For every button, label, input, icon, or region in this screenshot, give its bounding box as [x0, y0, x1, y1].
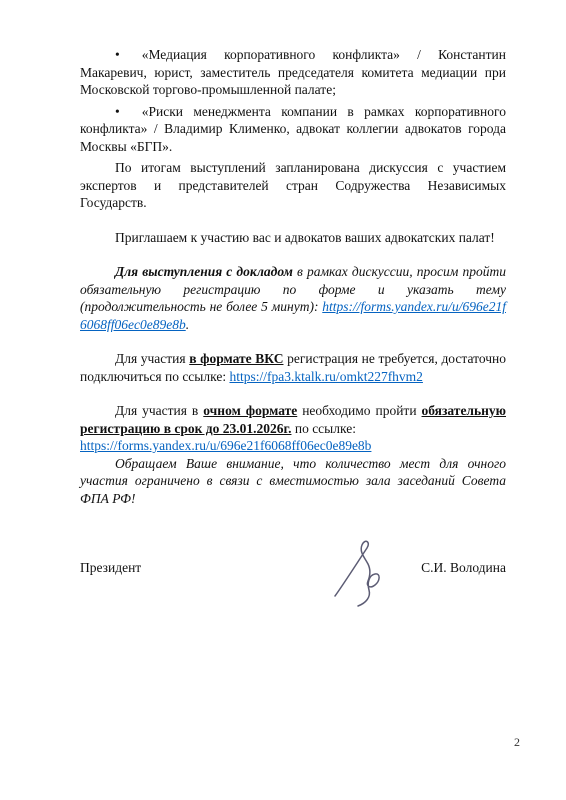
inperson-start-text: Для участия в [115, 403, 203, 418]
bullet-item-risks: •«Риски менеджмента компании в рамках ко… [80, 103, 506, 156]
report-tail-text: . [186, 317, 189, 332]
paragraph-seats-notice: Обращаем Ваше внимание, что количество м… [80, 455, 506, 508]
bullet-icon: • [115, 47, 120, 62]
report-lead-text: Для выступления с докладом [115, 264, 293, 279]
signature-block: Президент С.И. Володина [80, 559, 506, 579]
document-body: •«Медиация корпоративного конфликта» / К… [80, 46, 506, 579]
paragraph-vks-participation: Для участия в формате ВКС регистрация не… [80, 350, 506, 385]
paragraph-report-registration: Для выступления с докладом в рамках диск… [80, 263, 506, 333]
vks-format-text: в формате ВКС [189, 351, 283, 366]
vks-start-text: Для участия [115, 351, 189, 366]
document-page: •«Медиация корпоративного конфликта» / К… [0, 0, 566, 800]
paragraph-invitation: Приглашаем к участию вас и адвокатов ваш… [80, 229, 506, 247]
inperson-registration-link[interactable]: https://forms.yandex.ru/u/696e21f6068ff0… [80, 438, 371, 453]
inperson-registration-link-line: https://forms.yandex.ru/u/696e21f6068ff0… [80, 437, 506, 455]
paragraph-inperson-participation: Для участия в очном формате необходимо п… [80, 402, 506, 437]
inperson-middle-text: необходимо пройти [297, 403, 421, 418]
signer-title: Президент [80, 559, 141, 577]
inperson-tail-text: по ссылке: [291, 421, 355, 436]
bullet-item-mediation: •«Медиация корпоративного конфликта» / К… [80, 46, 506, 99]
inperson-format-text: очном формате [203, 403, 297, 418]
handwritten-signature-icon [320, 533, 400, 613]
signer-name: С.И. Володина [421, 559, 506, 577]
bullet-icon: • [115, 104, 120, 119]
vks-join-link[interactable]: https://fpa3.ktalk.ru/omkt227fhvm2 [229, 369, 422, 384]
bullet-item-risks-text: «Риски менеджмента компании в рамках кор… [80, 104, 506, 154]
paragraph-discussion: По итогам выступлений запланирована диск… [80, 159, 506, 212]
bullet-item-mediation-text: «Медиация корпоративного конфликта» / Ко… [80, 47, 506, 97]
page-number: 2 [514, 735, 520, 750]
